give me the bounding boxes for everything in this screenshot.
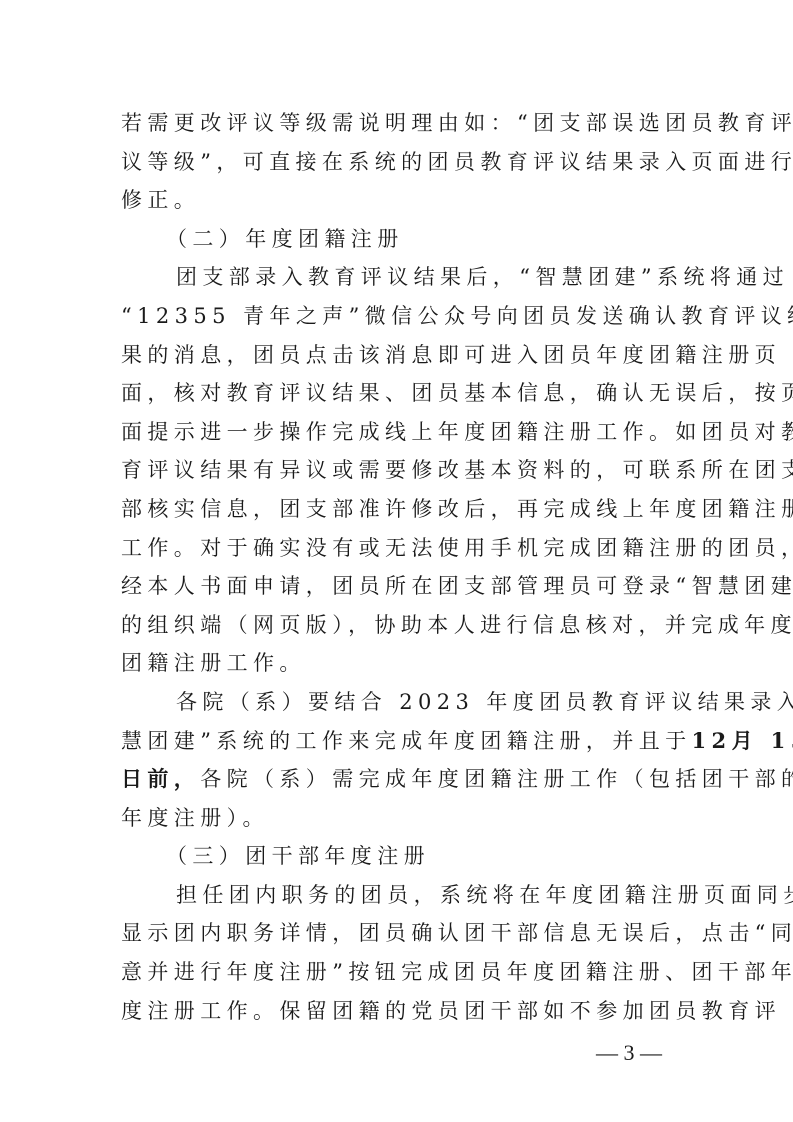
paragraph-line: 修正。 xyxy=(121,181,681,220)
line-text: 慧团建”系统的工作来完成年度团籍注册，并且于 xyxy=(121,729,692,753)
paragraph-line: 工作。对于确实没有或无法使用手机完成团籍注册的团员， xyxy=(121,529,681,568)
section-heading-3: （三）团干部年度注册 xyxy=(121,837,681,876)
paragraph-line: 意并进行年度注册”按钮完成团员年度团籍注册、团干部年 xyxy=(121,953,681,992)
paragraph-line: 议等级”，可直接在系统的团员教育评议结果录入页面进行 xyxy=(121,143,681,182)
paragraph-line: 面，核对教育评议结果、团员基本信息，确认无误后，按页 xyxy=(121,374,681,413)
paragraph-line: 慧团建”系统的工作来完成年度团籍注册，并且于12月 15 xyxy=(121,722,681,761)
section-heading-2: （二）年度团籍注册 xyxy=(121,220,681,259)
paragraph-line: 果的消息，团员点击该消息即可进入团员年度团籍注册页 xyxy=(121,336,681,375)
paragraph-line: 显示团内职务详情，团员确认团干部信息无误后，点击“同 xyxy=(121,914,681,953)
page-number: — 3 — xyxy=(596,1040,662,1066)
paragraph-line: 团籍注册工作。 xyxy=(121,644,681,683)
paragraph-line: 担任团内职务的团员，系统将在年度团籍注册页面同步 xyxy=(121,876,681,915)
paragraph-line: 团支部录入教育评议结果后，“智慧团建”系统将通过 xyxy=(121,258,681,297)
paragraph-line: 育评议结果有异议或需要修改基本资料的，可联系所在团支 xyxy=(121,451,681,490)
deadline-emphasis: 日前， xyxy=(121,766,200,791)
deadline-emphasis: 12月 15 xyxy=(692,728,793,753)
paragraph-line: 各院（系）要结合 2023 年度团员教育评议结果录入“智 xyxy=(121,683,681,722)
document-body: 若需更改评议等级需说明理由如：“团支部误选团员教育评 议等级”，可直接在系统的团… xyxy=(121,104,681,1030)
paragraph-line: 的组织端（网页版），协助本人进行信息核对，并完成年度 xyxy=(121,606,681,645)
paragraph-line: 年度注册）。 xyxy=(121,799,681,838)
paragraph-line: 度注册工作。保留团籍的党员团干部如不参加团员教育评 xyxy=(121,992,681,1031)
paragraph-line: 若需更改评议等级需说明理由如：“团支部误选团员教育评 xyxy=(121,104,681,143)
paragraph-line: 部核实信息，团支部准许修改后，再完成线上年度团籍注册 xyxy=(121,490,681,529)
paragraph-line: 日前，各院（系）需完成年度团籍注册工作（包括团干部的 xyxy=(121,760,681,799)
paragraph-line: “12355 青年之声”微信公众号向团员发送确认教育评议结 xyxy=(121,297,681,336)
line-text: 各院（系）需完成年度团籍注册工作（包括团干部的 xyxy=(200,767,793,791)
paragraph-line: 经本人书面申请，团员所在团支部管理员可登录“智慧团建” xyxy=(121,567,681,606)
paragraph-line: 面提示进一步操作完成线上年度团籍注册工作。如团员对教 xyxy=(121,413,681,452)
